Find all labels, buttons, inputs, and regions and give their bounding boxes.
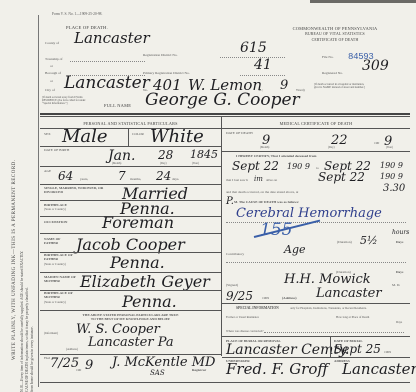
occupation-label: OCCUPATION (44, 220, 67, 224)
signed-date: 9/25 (226, 289, 253, 303)
primary-registration-value: 41 (254, 57, 272, 73)
rule (40, 166, 221, 167)
rule (128, 129, 129, 146)
filed-year: 9 (85, 358, 93, 373)
father-birthplace-label: BIRTHPLACE OF FATHER (44, 254, 80, 261)
attended-from-year: 190 9 (287, 162, 310, 171)
mother-birthplace-value: Penna. (122, 292, 177, 311)
dob-year-caption: (Year) (192, 162, 199, 165)
physician-signature: H.H. Mowick (284, 272, 371, 287)
rule (40, 233, 221, 234)
informant-address-label: (Address) (66, 347, 78, 351)
undertaker-value: Fred. F. Groff (226, 360, 328, 378)
county-value: Lancaster (74, 29, 150, 47)
dod-year-prefix: 190 (374, 141, 379, 145)
birthplace-sub: (State or Country) (44, 207, 66, 211)
mother-birthplace-sub: (State or Country) (44, 300, 66, 304)
alive-on-label: alive on (266, 178, 277, 182)
or-label-2: or (50, 79, 53, 83)
informant-label: (Informant) (44, 331, 58, 335)
age-days: 24 (156, 169, 171, 183)
last-saw-text: that I last saw h (226, 178, 248, 182)
margin-nb-note-2: CAUSE OF DEATH in plain terms, so that i… (25, 287, 29, 392)
county-label: County of (45, 41, 59, 45)
dob-label: DATE OF BIRTH (44, 148, 69, 152)
former-residence-label: Former or Usual Residence (226, 316, 264, 319)
margin-nb-note-1: N. B.—Every item of information should b… (20, 251, 24, 392)
registrar-label: Registrar (192, 368, 206, 372)
full-name-value: George G. Cooper (145, 90, 300, 110)
father-birthplace-value: Penna. (110, 253, 165, 272)
mother-label: MAIDEN NAME OF MOTHER (44, 276, 78, 283)
full-name-label: FULL NAME (104, 103, 131, 108)
dob-month-caption: (Month) (112, 162, 121, 165)
margin-rule (38, 15, 39, 387)
time-of-death: 3.30 (383, 183, 405, 194)
attended-from: Sept 22 (232, 159, 279, 173)
registered-no-label: Registered No. (322, 71, 343, 75)
registrar-initials: SAS (150, 369, 165, 377)
color-value: White (150, 126, 204, 147)
dod-day-caption: (Day) (328, 146, 335, 149)
sex-label: SEX (44, 132, 51, 136)
father-birthplace-sub: (State or Country) (44, 262, 66, 266)
special-days-label: Days (396, 320, 402, 324)
column-divider (221, 116, 222, 356)
duration-value: 5½ (360, 234, 378, 247)
days-label: days. (172, 177, 179, 181)
bottom-rule (40, 382, 410, 383)
father-label: NAME OF FATHER (44, 237, 74, 245)
rule (222, 357, 410, 358)
dod-month-caption: (Month) (260, 146, 269, 149)
file-no-label: File No. (322, 55, 333, 59)
special-desc: only for Hospitals, Institutions, Transi… (290, 306, 367, 310)
days-label-1: Days (396, 240, 403, 244)
registration-district-label: Registration District No. (143, 53, 178, 57)
death-certificate: WRITE PLAINLY, WITH UNFADING INK—THIS IS… (0, 0, 416, 392)
occupation-value: Foreman (102, 213, 174, 232)
years-label: years, (80, 177, 88, 181)
dod-year-caption: (Year) (386, 146, 393, 149)
attest-line-2: TO THE BEST OF MY KNOWLEDGE AND BELIEF (40, 317, 221, 321)
mother-value: Elizabeth Geyer (80, 272, 210, 291)
registration-district-value: 615 (240, 40, 267, 56)
physician-address: Lancaster (316, 286, 382, 301)
sex-value: Male (62, 126, 108, 147)
signed-year: 1909 (262, 296, 269, 300)
section-divider-2 (40, 116, 410, 117)
duration-label: (Duration) (337, 240, 352, 244)
how-long-label: How long at Place of Death (336, 316, 376, 319)
last-saw-year: 190 9 (380, 172, 403, 181)
certify-text: I HEREBY CERTIFY, That I attended deceas… (236, 154, 316, 158)
signed-label: (Signed) (226, 283, 238, 287)
undertaker-address-value: Lancaster (342, 360, 416, 378)
rule (222, 128, 410, 129)
rule (330, 337, 331, 357)
contracted-label: Where was disease contracted? (226, 329, 263, 333)
registered-no-value: 309 (362, 58, 389, 74)
special-title: SPECIAL INFORMATION (236, 306, 279, 310)
months-label: months, (130, 177, 141, 181)
last-saw-date: Sept 22 (318, 170, 365, 184)
contracted-line (264, 332, 404, 333)
contributory-value: Age (284, 243, 306, 256)
rule (40, 146, 221, 147)
meridiem: P. (226, 196, 234, 207)
medical-section-title: MEDICAL CERTIFICATE OF DEATH (222, 121, 410, 126)
header-commonwealth: COMMONWEALTH OF PENNSYLVANIA (270, 26, 400, 31)
paper-edge (310, 0, 416, 3)
marital-label: SINGLE, MARRIED, WIDOWED, OR DIVORCED (44, 186, 104, 194)
cause-label: M. The CAUSE OF DEATH was as follows: (234, 200, 299, 204)
rule (40, 310, 221, 311)
age-years: 64 (58, 169, 73, 183)
institution-note: [If death occurred in a hospital or inst… (314, 83, 366, 89)
or-label-1: or (50, 64, 53, 68)
usual-residence-note: [If death occurred away from USUAL RESID… (42, 96, 92, 105)
death-occurred-text: and that death occurred, on the date sta… (226, 190, 298, 194)
dob-day-caption: (Day) (160, 162, 167, 165)
dod-label: DATE OF DEATH (226, 131, 253, 135)
township-line (70, 61, 145, 62)
margin-nb-note-3: from home should be given in every insta… (30, 326, 34, 392)
borough-label: Borough of (45, 71, 61, 75)
physician-address-label: (Address) (282, 296, 297, 300)
dob-year: 1845 (190, 148, 218, 161)
burial-year: 1909 (384, 350, 391, 354)
form-number: Form V. S. No. 1—1909-25-20-98. (52, 12, 102, 16)
contributory-label: Contributory (226, 252, 244, 256)
last-saw-pronoun: im (254, 175, 263, 183)
reg-district-line (220, 57, 285, 58)
filed-date: 7/25 (50, 356, 79, 371)
duration-unit: hours (392, 229, 409, 236)
city-label: City of (45, 88, 55, 92)
age-months: 7 (118, 169, 126, 183)
attended-to-year: 190 9 (380, 161, 403, 170)
rule (222, 336, 410, 337)
township-label: Township of (45, 57, 63, 61)
city-value: Lancaster (64, 73, 150, 93)
age-label: AGE (44, 169, 51, 173)
cause-value: Cerebral Hemorrhage (236, 206, 382, 221)
margin-instruction: WRITE PLAINLY, WITH UNFADING INK—THIS IS… (12, 159, 17, 360)
dob-day: 28 (158, 148, 173, 162)
primary-reg-line (240, 75, 285, 76)
color-label: COLOR (132, 132, 144, 136)
mother-birthplace-label: BIRTHPLACE OF MOTHER (44, 292, 80, 299)
contributory-line (226, 262, 406, 263)
rule (222, 151, 410, 152)
header-certificate: CERTIFICATE OF DEATH (270, 38, 400, 42)
rule (222, 303, 410, 304)
header-bureau: BUREAU OF VITAL STATISTICS (270, 32, 400, 36)
days-label-2: Days (396, 270, 403, 274)
md-label: M. D. (392, 283, 400, 287)
informant-address-value: Lancaster Pa (88, 335, 174, 350)
burial-date-value: Sept 25 (334, 342, 381, 356)
section-divider (40, 113, 410, 115)
primary-registration-label: Primary Registration District No. (143, 71, 190, 75)
filed-year-prefix: 190 (76, 368, 81, 372)
